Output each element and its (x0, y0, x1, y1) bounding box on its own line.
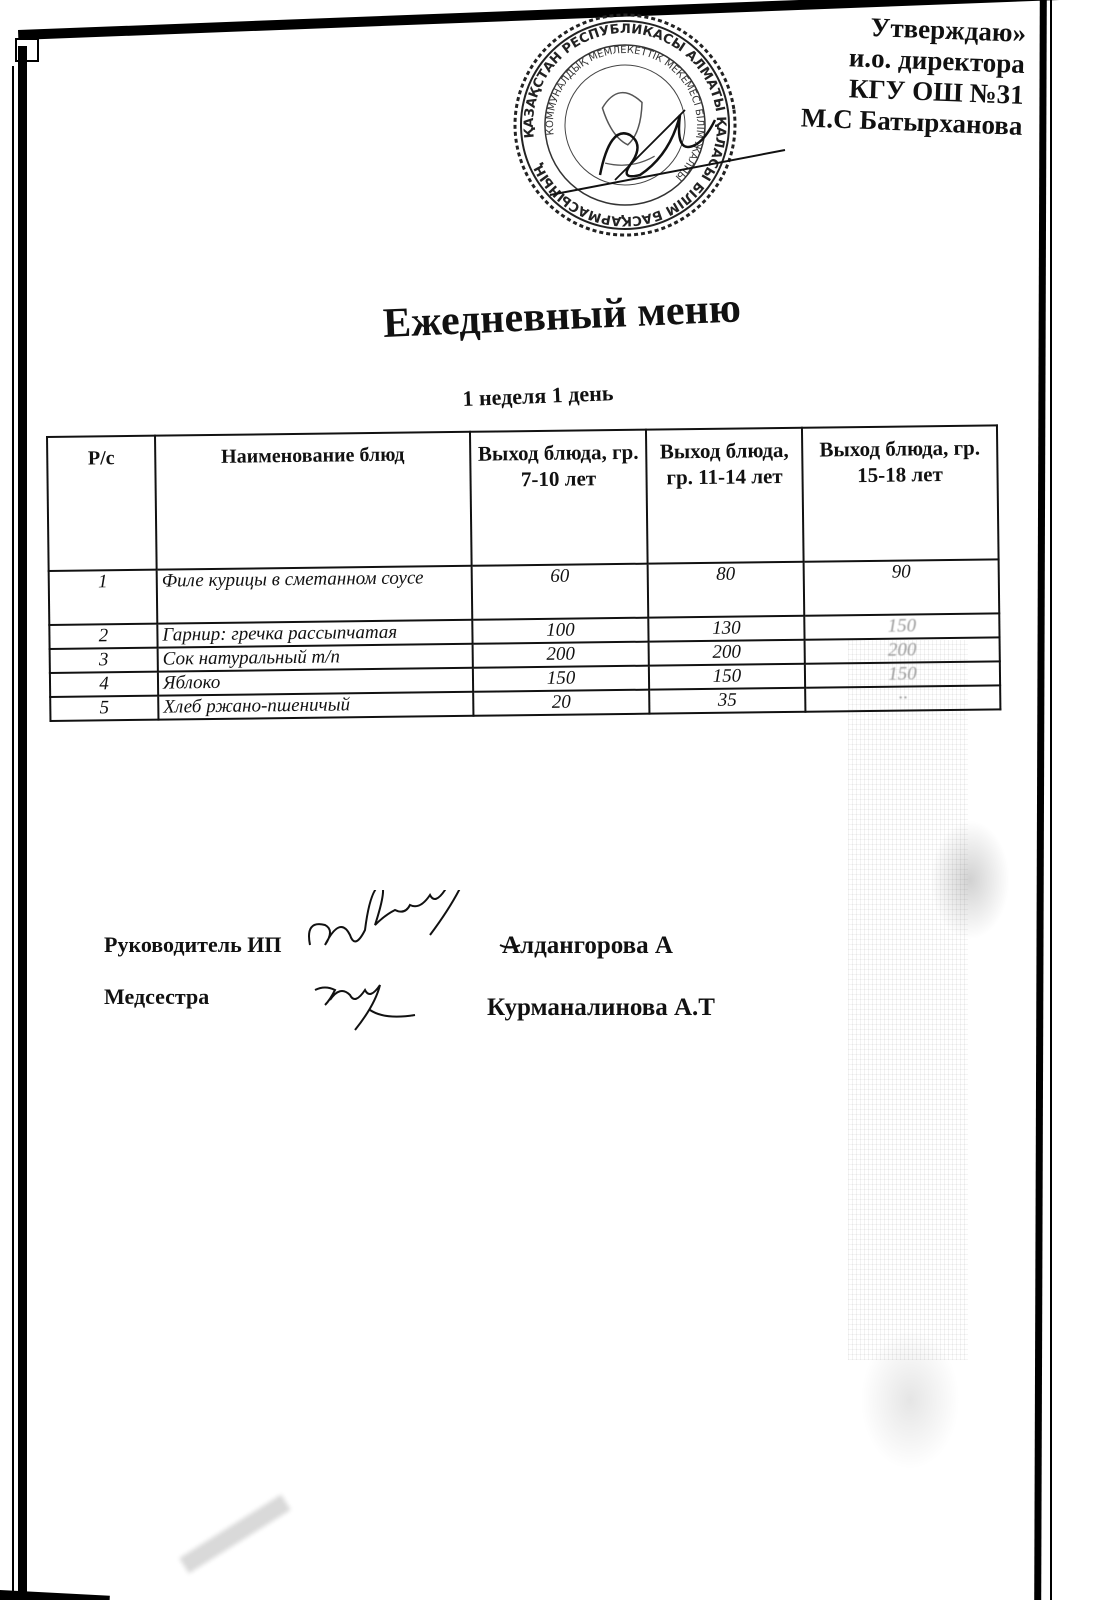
yield-11-14: 35 (649, 688, 805, 714)
scan-streak (179, 1495, 290, 1574)
scan-smudge (860, 1330, 960, 1470)
row-number: 3 (50, 648, 158, 673)
signatory-role: Медсестра (104, 984, 209, 1010)
approval-block: Утверждаю» и.о. директора КГУ ОШ №31 М.С… (801, 9, 1027, 141)
dish-name: Хлеб ржано-пшеничый (158, 692, 473, 720)
page-border-left (18, 46, 27, 1600)
yield-15-18: 90 (804, 559, 1000, 615)
yield-7-10: 200 (473, 642, 649, 668)
row-number: 2 (49, 624, 157, 649)
page-border-left-thin (12, 66, 14, 1600)
header-yield-15-18: Выход блюда, гр. 15-18 лет (802, 425, 999, 561)
row-number: 1 (49, 570, 158, 625)
yield-15-18: 200 (805, 637, 1000, 663)
signature-line-nurse: Медсестра Курманалинова А.Т (104, 984, 804, 1024)
yield-11-14: 80 (648, 562, 805, 618)
yield-11-14: 130 (648, 616, 804, 642)
manager-signature (300, 890, 530, 970)
menu-table: Р/с Наименование блюд Выход блюда, гр. 7… (46, 424, 995, 722)
row-number: 5 (50, 696, 158, 721)
yield-15-18: ·· (805, 685, 1000, 711)
page-border-right-thin (1050, 0, 1052, 1600)
header-yield-7-10: Выход блюда, гр. 7-10 лет (470, 430, 648, 566)
director-signature (540, 80, 790, 200)
row-number: 4 (50, 672, 158, 697)
signatory-name: Курманалинова А.Т (487, 994, 715, 1022)
yield-15-18: 150 (804, 613, 999, 639)
yield-7-10: 150 (473, 666, 649, 692)
document-title: Ежедневный меню (382, 284, 742, 348)
scan-noise (848, 640, 968, 1360)
page-border-right (1034, 0, 1047, 1600)
header-yield-11-14: Выход блюда, гр. 11-14 лет (646, 428, 804, 564)
yield-11-14: 200 (649, 640, 805, 666)
page-border-bottom (0, 1590, 110, 1600)
dish-name: Филе курицы в сметанном соусе (157, 566, 473, 624)
yield-7-10: 20 (473, 690, 649, 716)
table-header-row: Р/с Наименование блюд Выход блюда, гр. 7… (47, 425, 999, 571)
border-corner-ornament (15, 38, 39, 62)
yield-7-10: 100 (472, 618, 648, 644)
yield-11-14: 150 (649, 664, 805, 690)
nurse-signature (310, 975, 420, 1035)
signatory-role: Руководитель ИП (104, 932, 281, 958)
document-subtitle: 1 неделя 1 день (462, 380, 614, 412)
header-dish-name: Наименование блюд (155, 432, 472, 570)
header-number: Р/с (47, 436, 157, 571)
yield-15-18: 150 (805, 661, 1000, 687)
yield-7-10: 60 (472, 564, 649, 620)
scan-smudge (930, 820, 1010, 940)
